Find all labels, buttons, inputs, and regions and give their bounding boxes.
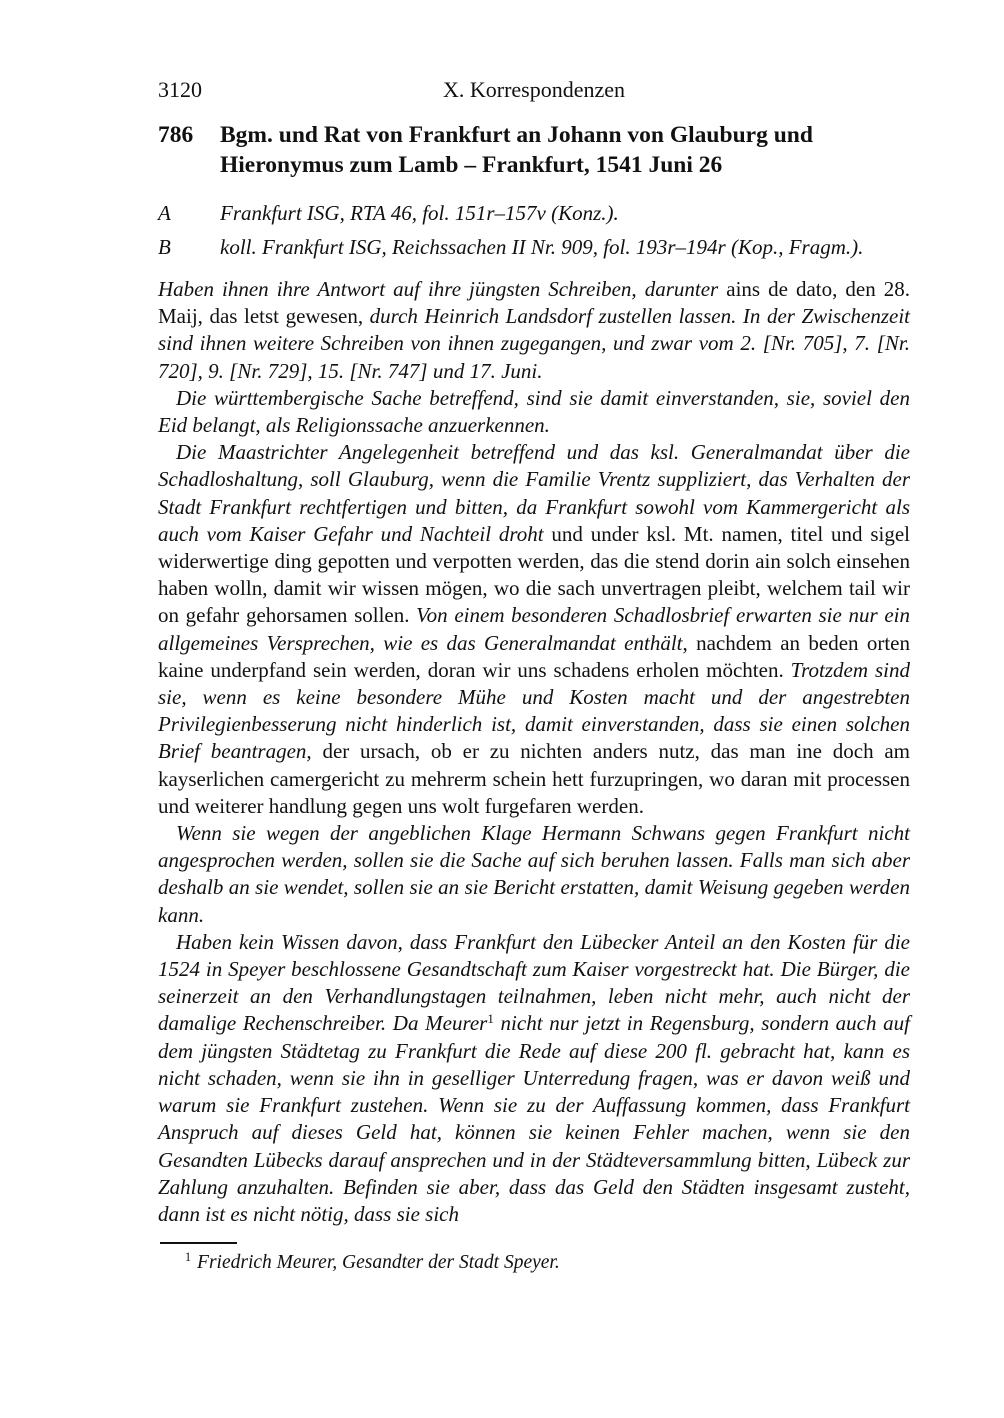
source-row-a: A Frankfurt ISG, RTA 46, fol. 151r–157v …	[158, 196, 910, 230]
running-header-title: X. Korrespondenzen	[158, 76, 910, 104]
text-run-italic: Wenn sie wegen der angeblichen Klage Her…	[158, 821, 910, 927]
source-text-b: koll. Frankfurt ISG, Reichssachen II Nr.…	[220, 230, 910, 264]
paragraph: Die Maastrichter Angelegenheit betreffen…	[158, 439, 910, 820]
source-label-b: B	[158, 230, 220, 264]
running-header: 3120 X. Korrespondenzen	[158, 76, 910, 104]
letter-body: Haben ihnen ihre Antwort auf ihre jüngst…	[158, 276, 910, 1228]
footnote: 1Friedrich Meurer, Gesandter der Stadt S…	[158, 1250, 910, 1276]
footnote-marker: 1	[185, 1250, 191, 1264]
entry-heading: 786 Bgm. und Rat von Frankfurt an Johann…	[158, 120, 910, 180]
entry-number: 786	[158, 120, 220, 180]
source-label-a: A	[158, 196, 220, 230]
paragraph: Wenn sie wegen der angeblichen Klage Her…	[158, 820, 910, 929]
footnote-separator	[160, 1242, 237, 1244]
paragraph: Haben ihnen ihre Antwort auf ihre jüngst…	[158, 276, 910, 385]
source-list: A Frankfurt ISG, RTA 46, fol. 151r–157v …	[158, 196, 910, 264]
footnote-block: 1Friedrich Meurer, Gesandter der Stadt S…	[158, 1242, 910, 1276]
footnote-text: Friedrich Meurer, Gesandter der Stadt Sp…	[191, 1252, 560, 1273]
paragraph: Die württembergische Sache betreffend, s…	[158, 385, 910, 439]
entry-title: Bgm. und Rat von Frankfurt an Johann von…	[220, 120, 910, 180]
footnote-reference: 1	[487, 1011, 494, 1026]
text-run-italic: nicht nur jetzt in Regensburg, sondern a…	[158, 1011, 910, 1225]
source-text-a: Frankfurt ISG, RTA 46, fol. 151r–157v (K…	[220, 196, 910, 230]
text-run-italic: Die württembergische Sache betreffend, s…	[158, 386, 910, 437]
text-run-italic: Haben ihnen ihre Antwort auf ihre jüngst…	[158, 277, 726, 301]
paragraph: Haben kein Wissen davon, dass Frankfurt …	[158, 929, 910, 1228]
book-page: 3120 X. Korrespondenzen 786 Bgm. und Rat…	[0, 0, 1004, 1418]
source-row-b: B koll. Frankfurt ISG, Reichssachen II N…	[158, 230, 910, 264]
